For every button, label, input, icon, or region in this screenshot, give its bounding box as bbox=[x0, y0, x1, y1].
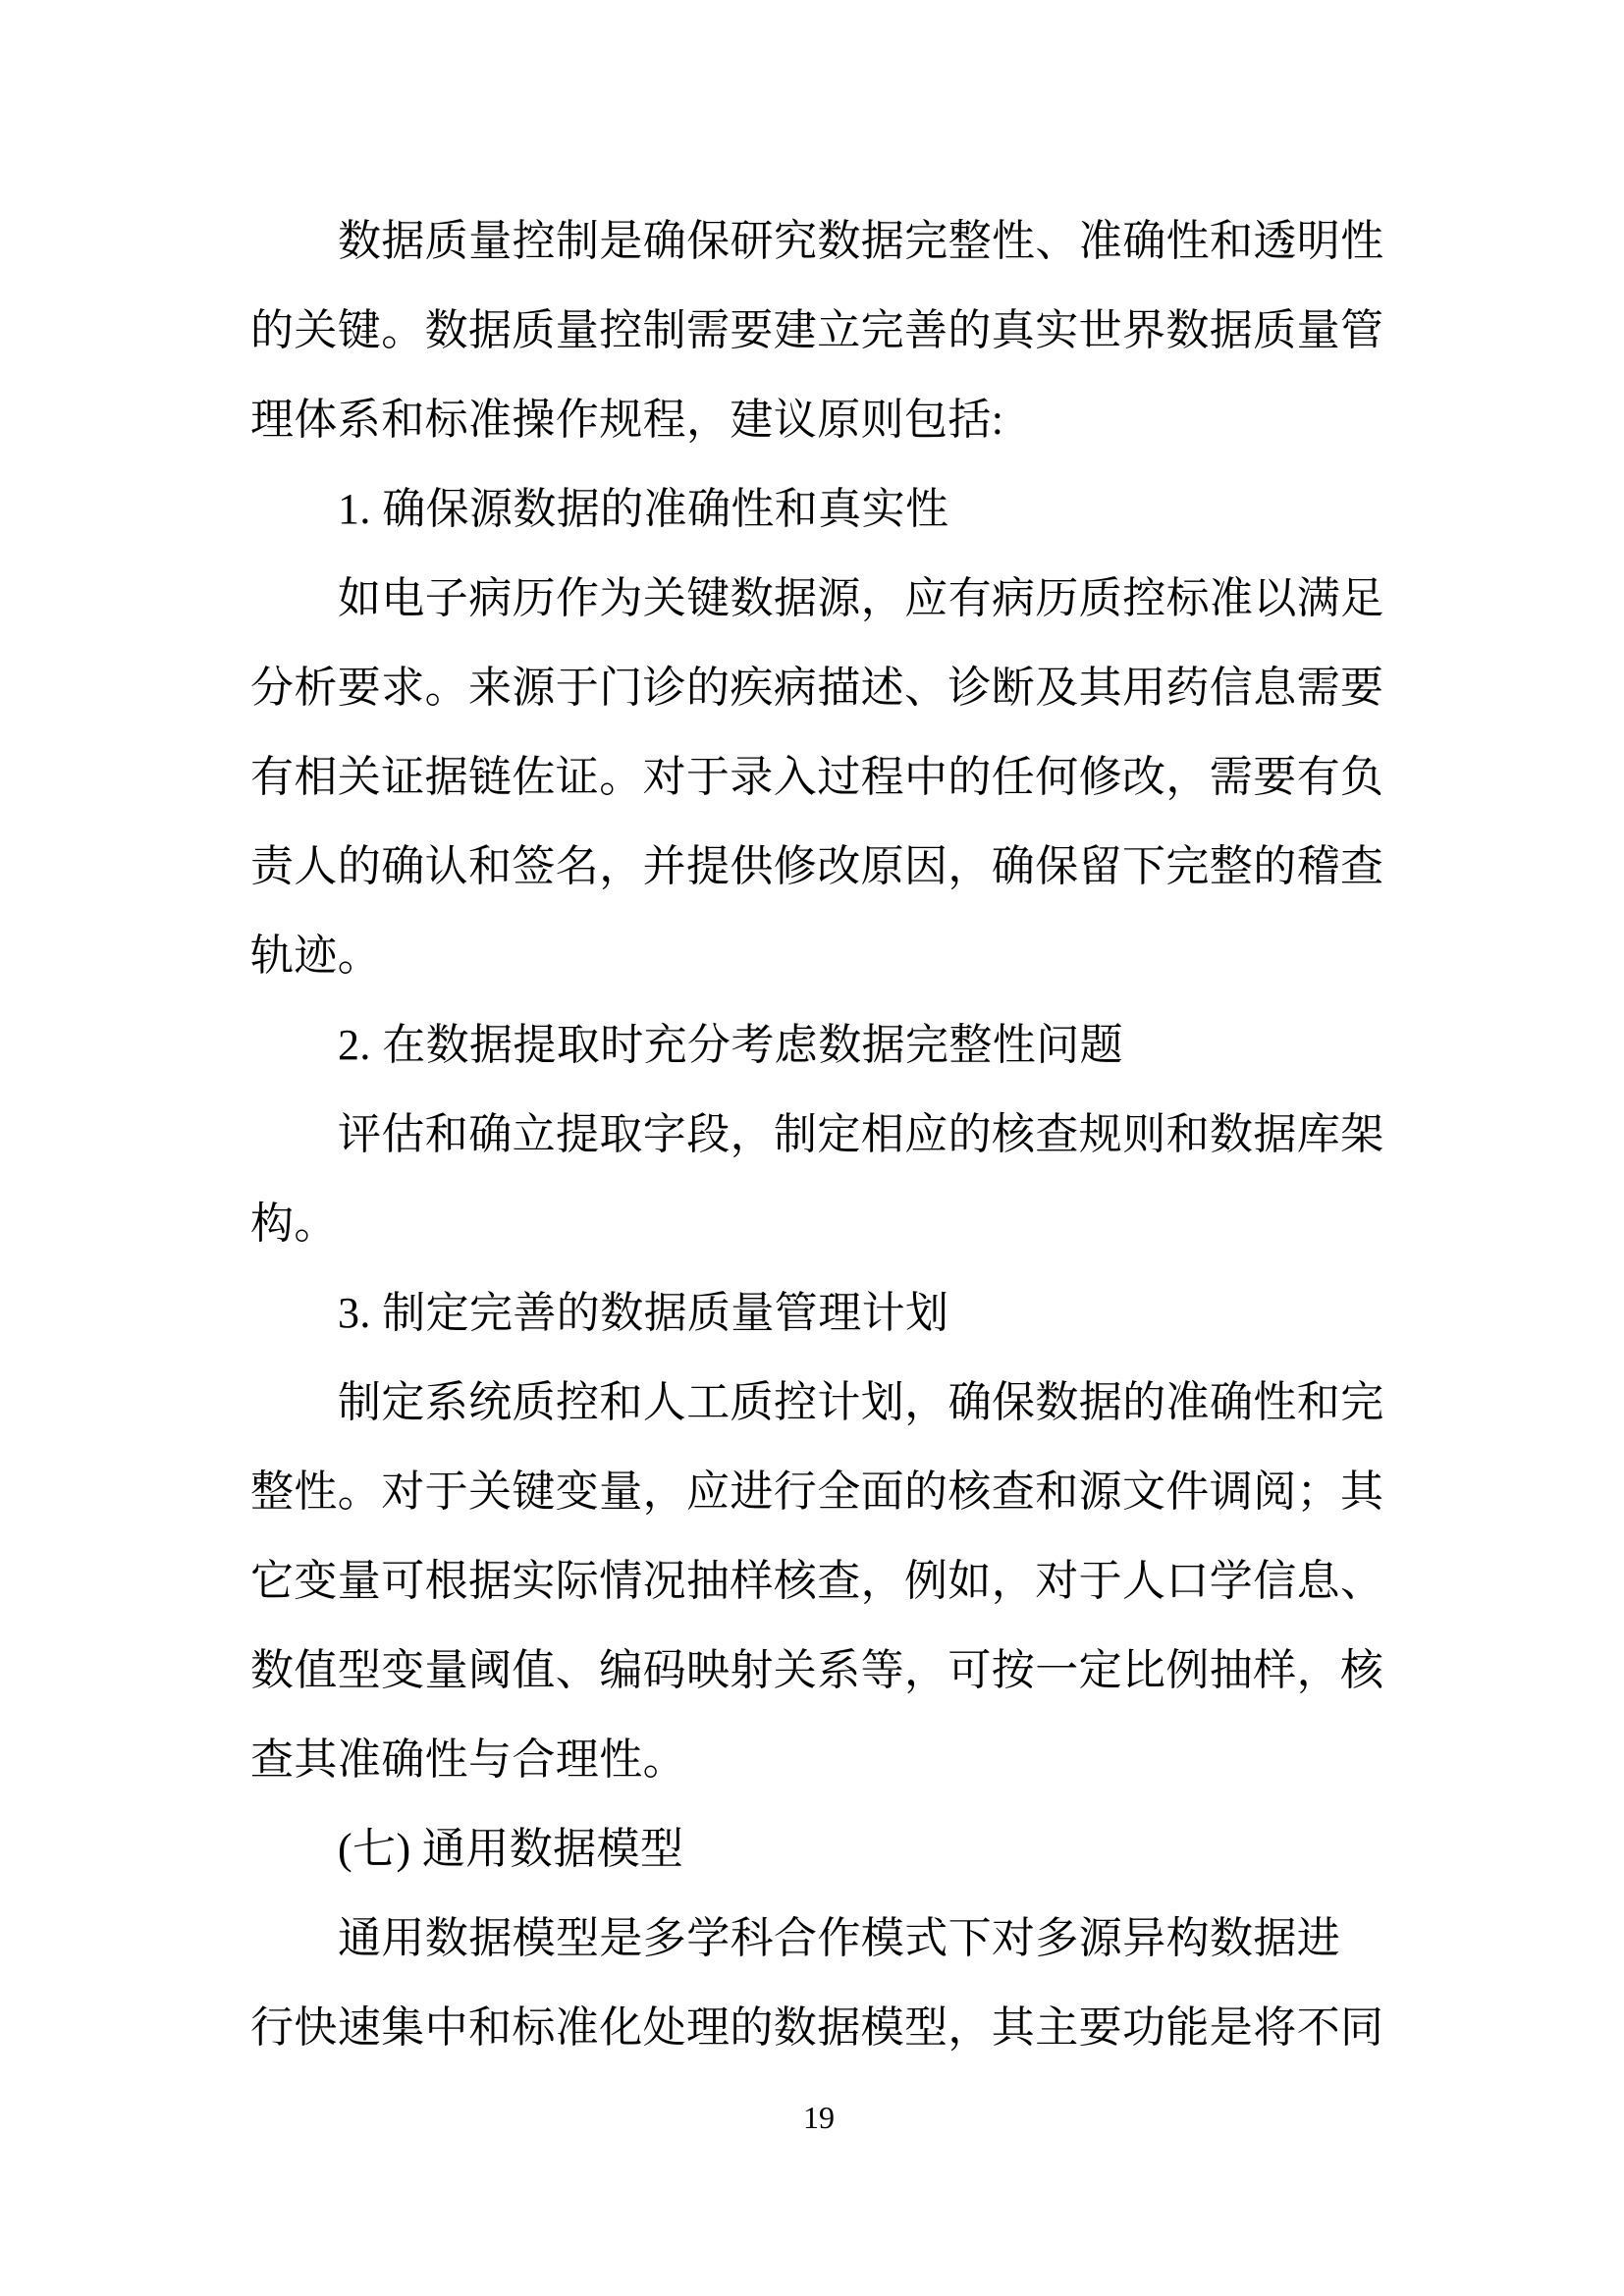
list-item-heading: 2. 在数据提取时充分考虑数据完整性问题 bbox=[250, 1000, 1387, 1090]
text-line: 整性。对于关键变量，应进行全面的核查和源文件调阅；其 bbox=[250, 1447, 1387, 1536]
text-line: 理体系和标准操作规程，建议原则包括: bbox=[250, 375, 1387, 464]
page-number: 19 bbox=[250, 2096, 1387, 2139]
text-line: 责人的确认和签名，并提供修改原因，确保留下完整的稽查 bbox=[250, 822, 1387, 911]
text-line: 它变量可根据实际情况抽样核查，例如，对于人口学信息、 bbox=[250, 1536, 1387, 1626]
text-line: 轨迹。 bbox=[250, 911, 1387, 1000]
text-line: 分析要求。来源于门诊的疾病描述、诊断及其用药信息需要 bbox=[250, 643, 1387, 732]
document-page: 数据质量控制是确保研究数据完整性、准确性和透明性 的关键。数据质量控制需要建立完… bbox=[0, 0, 1624, 2296]
text-line: 数据质量控制是确保研究数据完整性、准确性和透明性 bbox=[250, 196, 1387, 286]
text-line: 数值型变量阈值、编码映射关系等，可按一定比例抽样，核 bbox=[250, 1626, 1387, 1715]
text-line: 如电子病历作为关键数据源，应有病历质控标准以满足 bbox=[250, 554, 1387, 643]
text-line: 查其准确性与合理性。 bbox=[250, 1715, 1387, 1804]
section-heading: (七) 通用数据模型 bbox=[250, 1804, 1387, 1894]
list-item-heading: 3. 制定完善的数据质量管理计划 bbox=[250, 1268, 1387, 1358]
text-line: 的关键。数据质量控制需要建立完善的真实世界数据质量管 bbox=[250, 286, 1387, 375]
document-body: 数据质量控制是确保研究数据完整性、准确性和透明性 的关键。数据质量控制需要建立完… bbox=[250, 196, 1387, 2072]
text-line: 构。 bbox=[250, 1179, 1387, 1268]
text-line: 行快速集中和标准化处理的数据模型，其主要功能是将不同 bbox=[250, 1983, 1387, 2072]
list-item-heading: 1. 确保源数据的准确性和真实性 bbox=[250, 464, 1387, 554]
text-line: 制定系统质控和人工质控计划，确保数据的准确性和完 bbox=[250, 1358, 1387, 1447]
text-line: 通用数据模型是多学科合作模式下对多源异构数据进 bbox=[250, 1894, 1387, 1983]
text-line: 评估和确立提取字段，制定相应的核查规则和数据库架 bbox=[250, 1090, 1387, 1179]
text-line: 有相关证据链佐证。对于录入过程中的任何修改，需要有负 bbox=[250, 732, 1387, 822]
